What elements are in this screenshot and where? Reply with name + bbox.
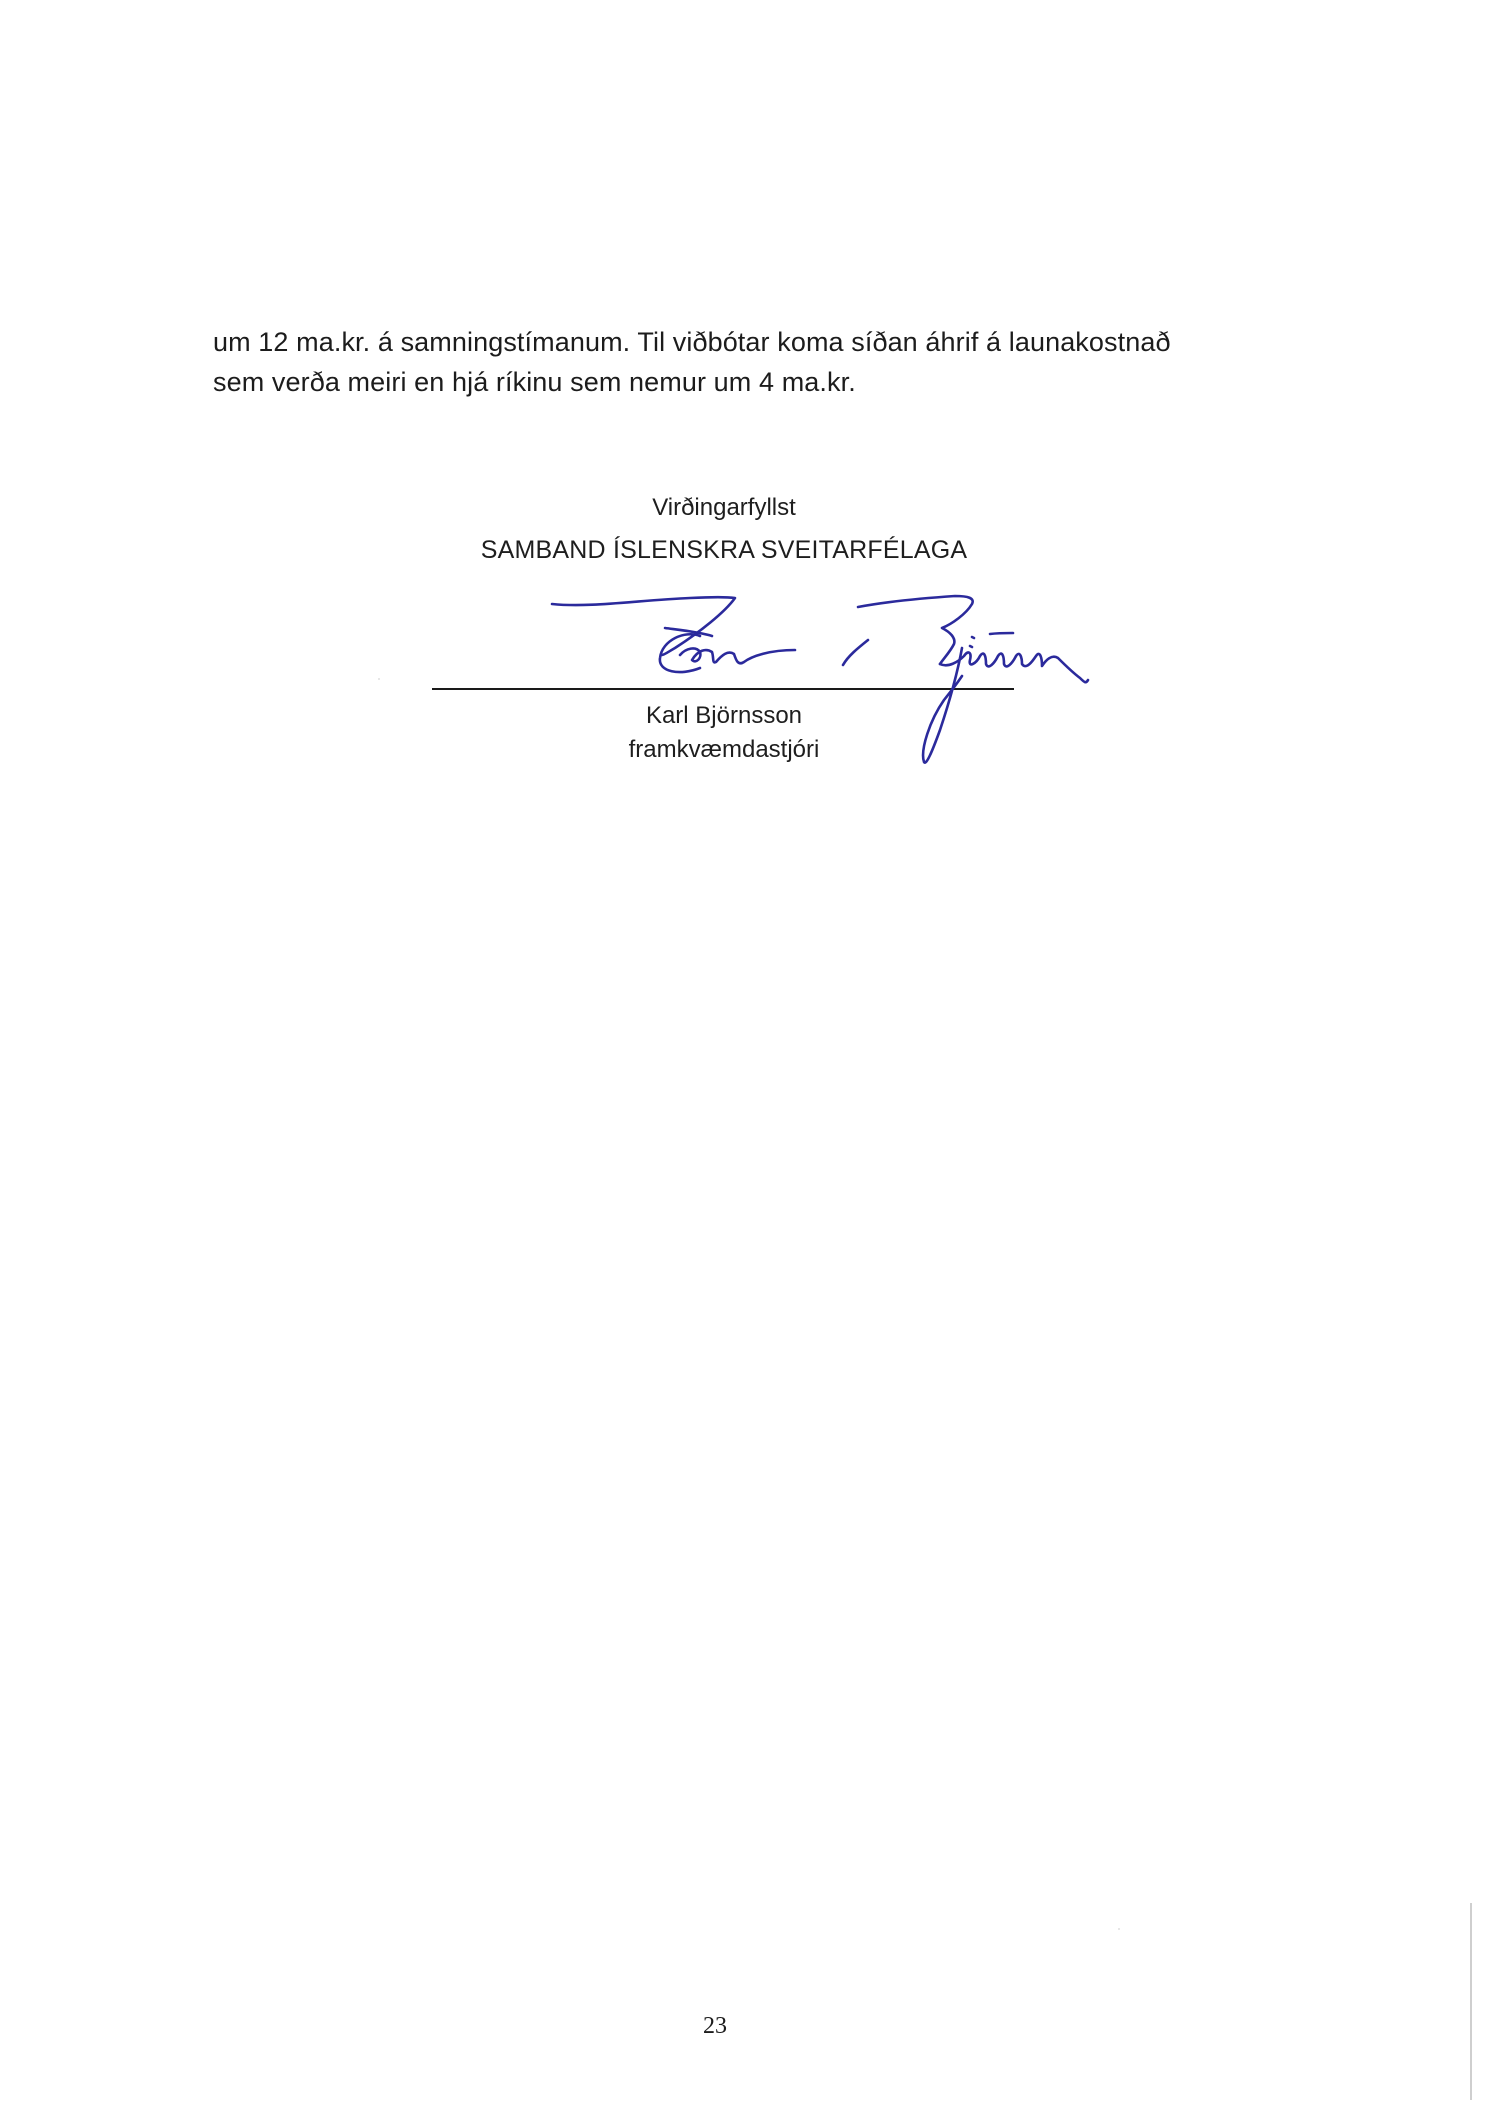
body-paragraph: um 12 ma.kr. á samningstímanum. Til viðb… — [213, 322, 1273, 402]
scan-edge-line — [1470, 1903, 1472, 2100]
body-line: sem verða meiri en hjá ríkinu sem nemur … — [213, 362, 1273, 402]
page-number: 23 — [700, 2013, 730, 2040]
signatory-title: framkvæmdastjóri — [424, 736, 1024, 764]
scan-speck — [378, 678, 380, 680]
closing-salutation: Virðingarfyllst — [424, 494, 1024, 522]
document-page: um 12 ma.kr. á samningstímanum. Til viðb… — [0, 0, 1500, 2122]
scan-speck — [1118, 1928, 1120, 1930]
body-line: um 12 ma.kr. á samningstímanum. Til viðb… — [213, 322, 1273, 362]
organization-name: SAMBAND ÍSLENSKRA SVEITARFÉLAGA — [424, 536, 1024, 565]
signatory-name: Karl Björnsson — [424, 702, 1024, 730]
